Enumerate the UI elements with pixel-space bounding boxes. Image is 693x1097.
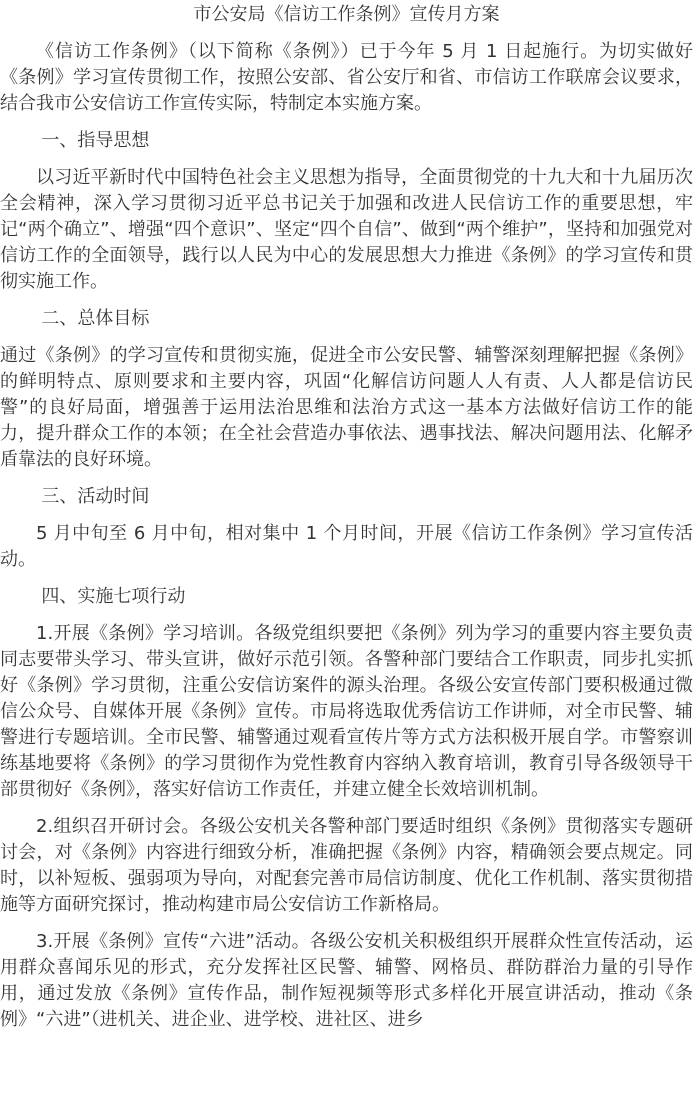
action-item-3: 3.开展《条例》宣传“六进”活动。各级公安机关积极组织开展群众性宣传活动，运用群… — [0, 929, 693, 1033]
section-heading-overall-goal: 二、总体目标 — [0, 306, 693, 332]
intro-paragraph: 《信访工作条例》（以下简称《条例》）已于今年 5 月 1 日起施行。为切实做好《… — [0, 39, 693, 117]
section-heading-seven-actions: 四、实施七项行动 — [0, 584, 693, 610]
document: 市公安局《信访工作条例》宣传月方案 《信访工作条例》（以下简称《条例》）已于今年… — [0, 0, 693, 1033]
section-paragraph: 通过《条例》的学习宣传和贯彻实施，促进全市公安民警、辅警深刻理解把握《条例》的鲜… — [0, 343, 693, 473]
section-paragraph: 5 月中旬至 6 月中旬，相对集中 1 个月时间，开展《信访工作条例》学习宣传活… — [0, 521, 693, 573]
section-heading-activity-time: 三、活动时间 — [0, 484, 693, 510]
section-paragraph: 以习近平新时代中国特色社会主义思想为指导，全面贯彻党的十九大和十九届历次全会精神… — [0, 165, 693, 295]
section-heading-guiding-ideology: 一、指导思想 — [0, 128, 693, 154]
action-item-1: 1.开展《条例》学习培训。各级党组织要把《条例》列为学习的重要内容主要负责同志要… — [0, 621, 693, 803]
document-title: 市公安局《信访工作条例》宣传月方案 — [0, 2, 693, 28]
action-item-2: 2.组织召开研讨会。各级公安机关各警种部门要适时组织《条例》贯彻落实专题研讨会，… — [0, 814, 693, 918]
